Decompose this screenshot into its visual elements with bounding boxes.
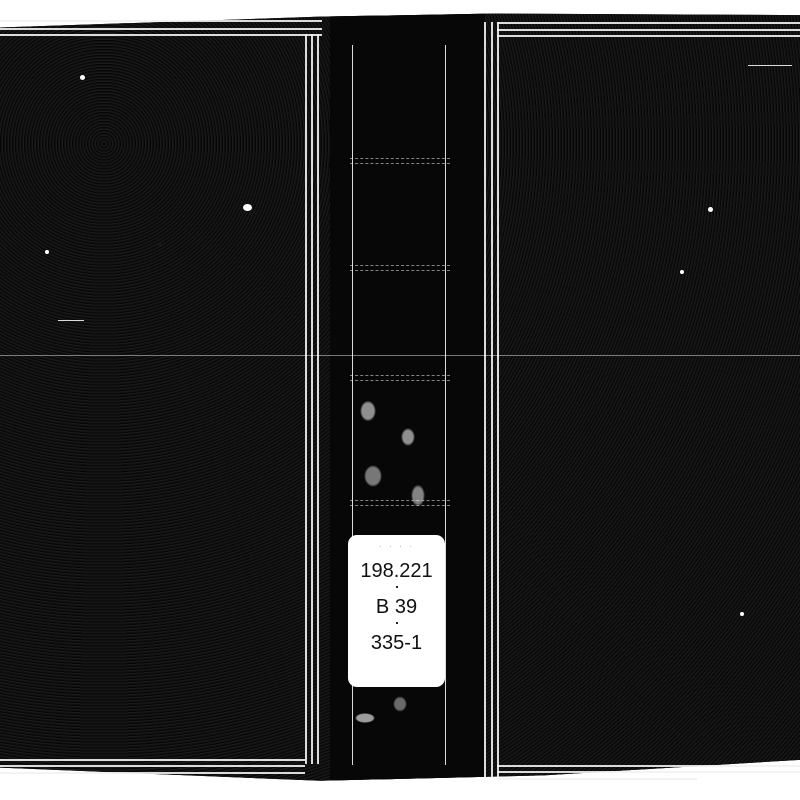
library-call-number-label: · · · · 198.221 B 39 335-1	[348, 535, 445, 687]
spine-floral-tooling	[350, 690, 450, 760]
border-rule	[0, 772, 305, 774]
speck	[680, 270, 684, 274]
spine-floral-tooling	[348, 385, 448, 515]
spine-ornament-band	[350, 375, 450, 381]
fold-crease	[0, 355, 800, 356]
speck	[740, 612, 744, 616]
scratch	[748, 65, 792, 66]
border-rule	[497, 765, 800, 767]
border-rule	[484, 22, 486, 777]
border-rule	[311, 34, 313, 764]
border-rule	[497, 771, 800, 773]
border-rule	[497, 22, 499, 777]
speck	[45, 250, 49, 254]
spine-ornament-band	[350, 265, 450, 271]
border-rule	[0, 765, 305, 767]
border-rule	[305, 34, 307, 764]
cutter-number: B 39	[376, 596, 417, 618]
label-separator	[396, 586, 398, 588]
spine-ornament-band	[350, 158, 450, 164]
speck	[243, 204, 252, 211]
border-rule	[317, 34, 319, 764]
border-rule	[0, 34, 322, 36]
speck	[708, 207, 713, 212]
border-rule	[0, 759, 305, 761]
call-number-class: 198.221	[360, 560, 432, 582]
speck	[80, 75, 85, 80]
back-board	[0, 12, 330, 787]
front-board	[485, 12, 800, 787]
border-rule	[491, 22, 493, 777]
label-separator	[396, 622, 398, 624]
border-rule	[497, 35, 800, 37]
border-rule	[497, 22, 800, 24]
scratch	[58, 320, 84, 321]
border-rule	[0, 28, 322, 30]
border-rule	[497, 778, 697, 780]
border-rule	[0, 20, 322, 22]
label-header: · · · ·	[379, 541, 415, 552]
border-rule	[497, 29, 800, 31]
volume-number: 335-1	[371, 632, 422, 654]
